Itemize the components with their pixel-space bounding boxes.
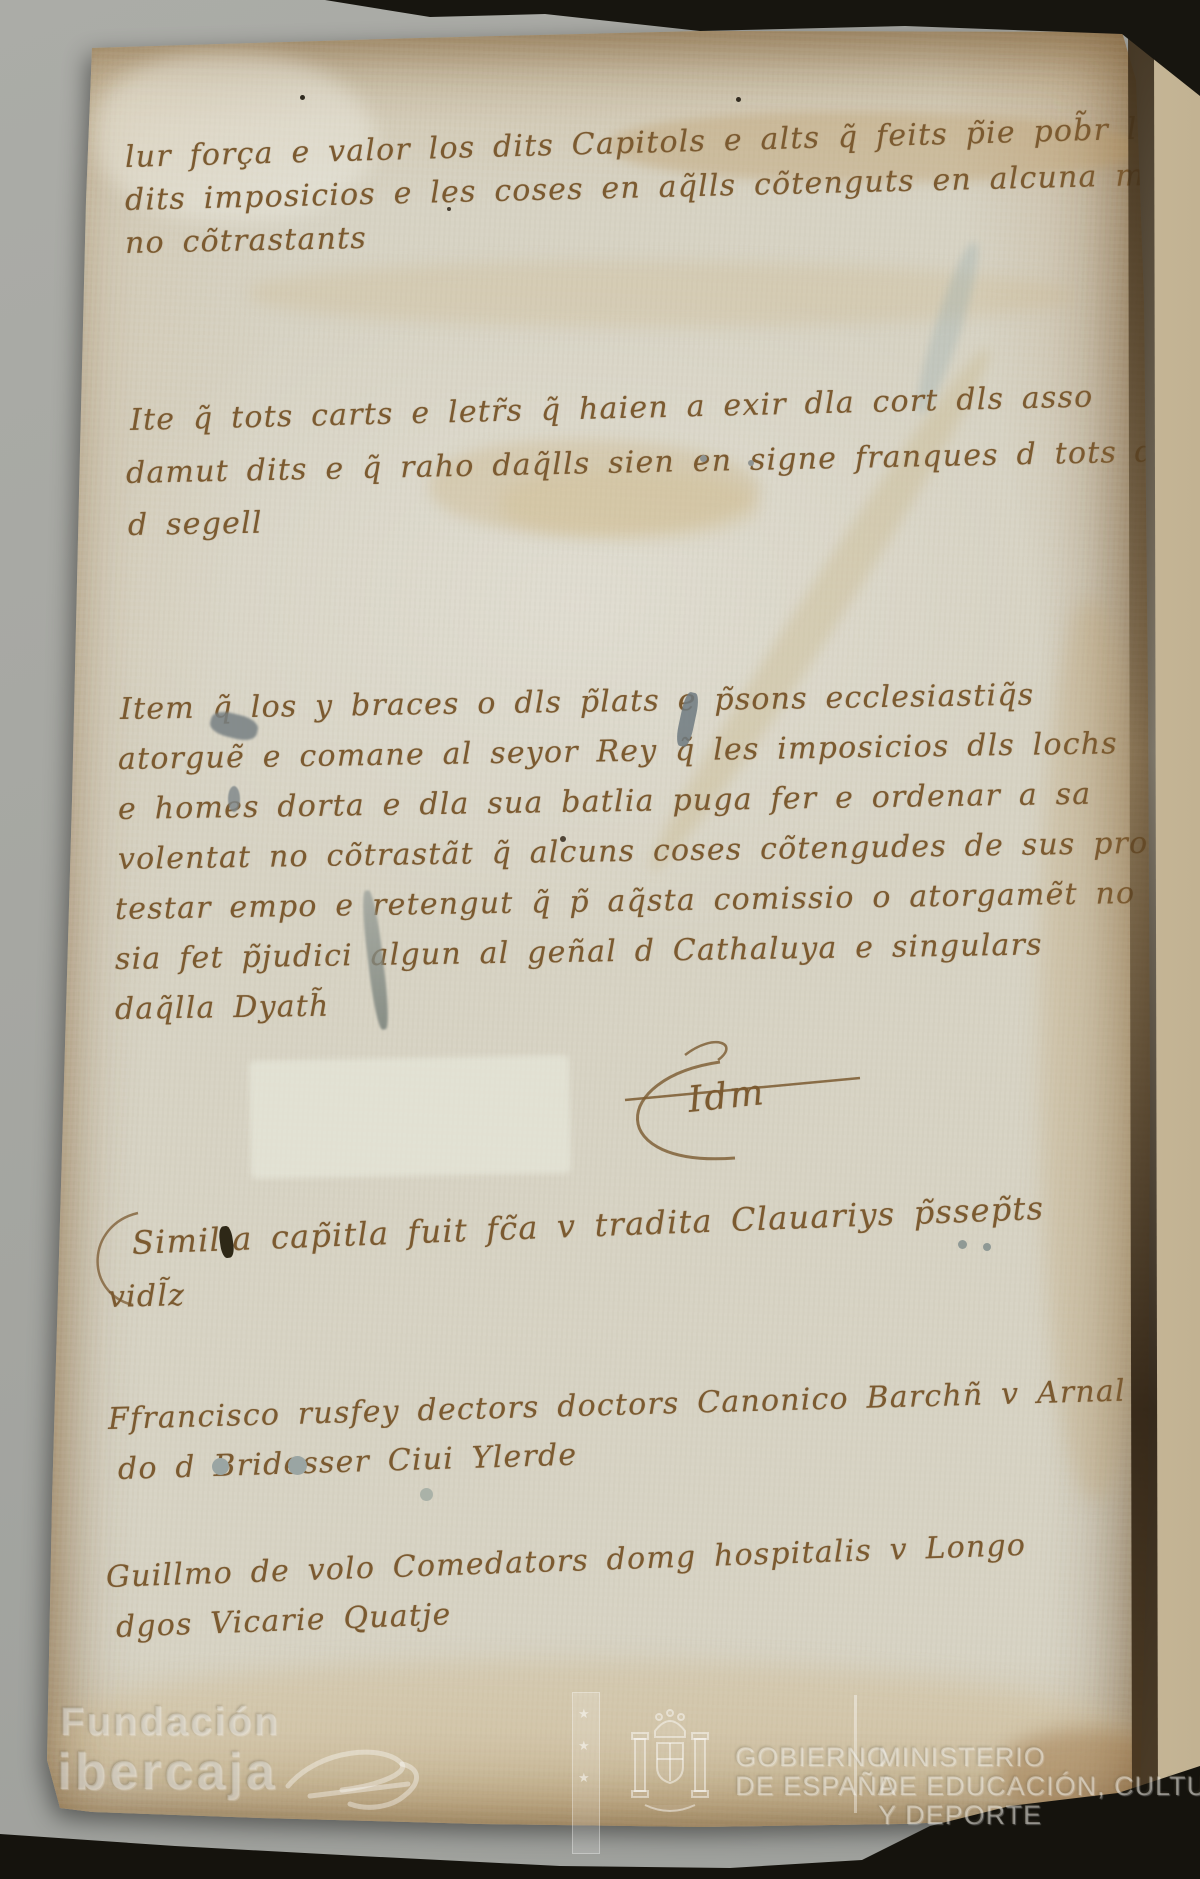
ministerio-watermark-line2: DE EDUCACIÓN, CULTURA — [878, 1771, 1200, 1802]
stain-upper-band — [250, 262, 1075, 327]
manuscript-line: Ite q̃ tots carts e letr̃s q̃ haien a ex… — [130, 379, 1094, 438]
eu-star-icon: ★ — [578, 1770, 590, 1786]
page-shadow-wrap: lur força e valor los dits Capitols e al… — [0, 0, 1200, 1879]
manuscript-line: Item q̃ los y braces o dls p̃lats e p̃so… — [120, 678, 1035, 727]
gobierno-watermark-line2: DE ESPAÑA — [735, 1771, 897, 1802]
manuscript-line: Similia cap̃itla fuit fc̃a v tradita Cla… — [131, 1189, 1044, 1262]
ministerio-watermark-line3: Y DEPORTE — [878, 1800, 1042, 1831]
watermark-divider — [854, 1695, 857, 1813]
eu-star-icon: ★ — [578, 1706, 590, 1722]
ink-speck — [736, 97, 741, 102]
ink-speck — [958, 1240, 967, 1249]
manuscript-line: dgos Vicarie Quatje — [115, 1597, 452, 1645]
ink-speck — [983, 1243, 991, 1251]
repair-patch-light — [249, 1055, 571, 1179]
manuscript-line: testar empo e retengut q̃ p̃ aq̃sta comi… — [115, 876, 1136, 927]
ibercaja-watermark: ibercaja — [57, 1742, 278, 1802]
eu-star-icon: ★ — [578, 1738, 590, 1754]
manuscript-line: Guillmo de volo Comedators domg hospital… — [105, 1528, 1026, 1595]
manuscript-line: damut dits e q̃ raho daq̃lls sien en sig… — [126, 433, 1200, 491]
manuscript-line: Ffrancisco rusfey dectors doctors Canoni… — [108, 1374, 1127, 1437]
manuscript-line: vidl̃z — [108, 1278, 186, 1315]
signature-idm: Idm — [686, 1072, 767, 1121]
manuscript-line: e homes dorta e dla sua batlia puga fer … — [118, 777, 1092, 827]
worm-hole — [420, 1488, 433, 1501]
ibercaja-foundation-watermark: Fundación — [60, 1700, 280, 1745]
manuscript-line: daq̃lla Dyath̃ — [115, 989, 330, 1027]
manuscript-line: sia fet p̃judici algun al geñal d Cathal… — [115, 927, 1043, 977]
manuscript-line: volentat no cõtrastãt q̃ alcuns coses cõ… — [118, 826, 1149, 877]
manuscript-page: lur força e valor los dits Capitols e al… — [0, 0, 1200, 1879]
scanned-manuscript-photo: { "ms": { "blocks": [ {"lines": [ "lur f… — [0, 0, 1200, 1879]
manuscript-line: d segell — [128, 506, 263, 543]
manuscript-line: no cõtrastants — [125, 221, 368, 261]
ministerio-watermark-line1: MINISTERIO — [878, 1742, 1046, 1773]
gobierno-watermark-line1: GOBIERNO — [735, 1742, 889, 1773]
manuscript-line: atorguẽ e comane al seyor Rey q̃ les imp… — [118, 726, 1118, 777]
manuscript-line: do d Bridesser Ciui Ylerde — [117, 1438, 577, 1487]
ink-speck — [300, 95, 305, 100]
